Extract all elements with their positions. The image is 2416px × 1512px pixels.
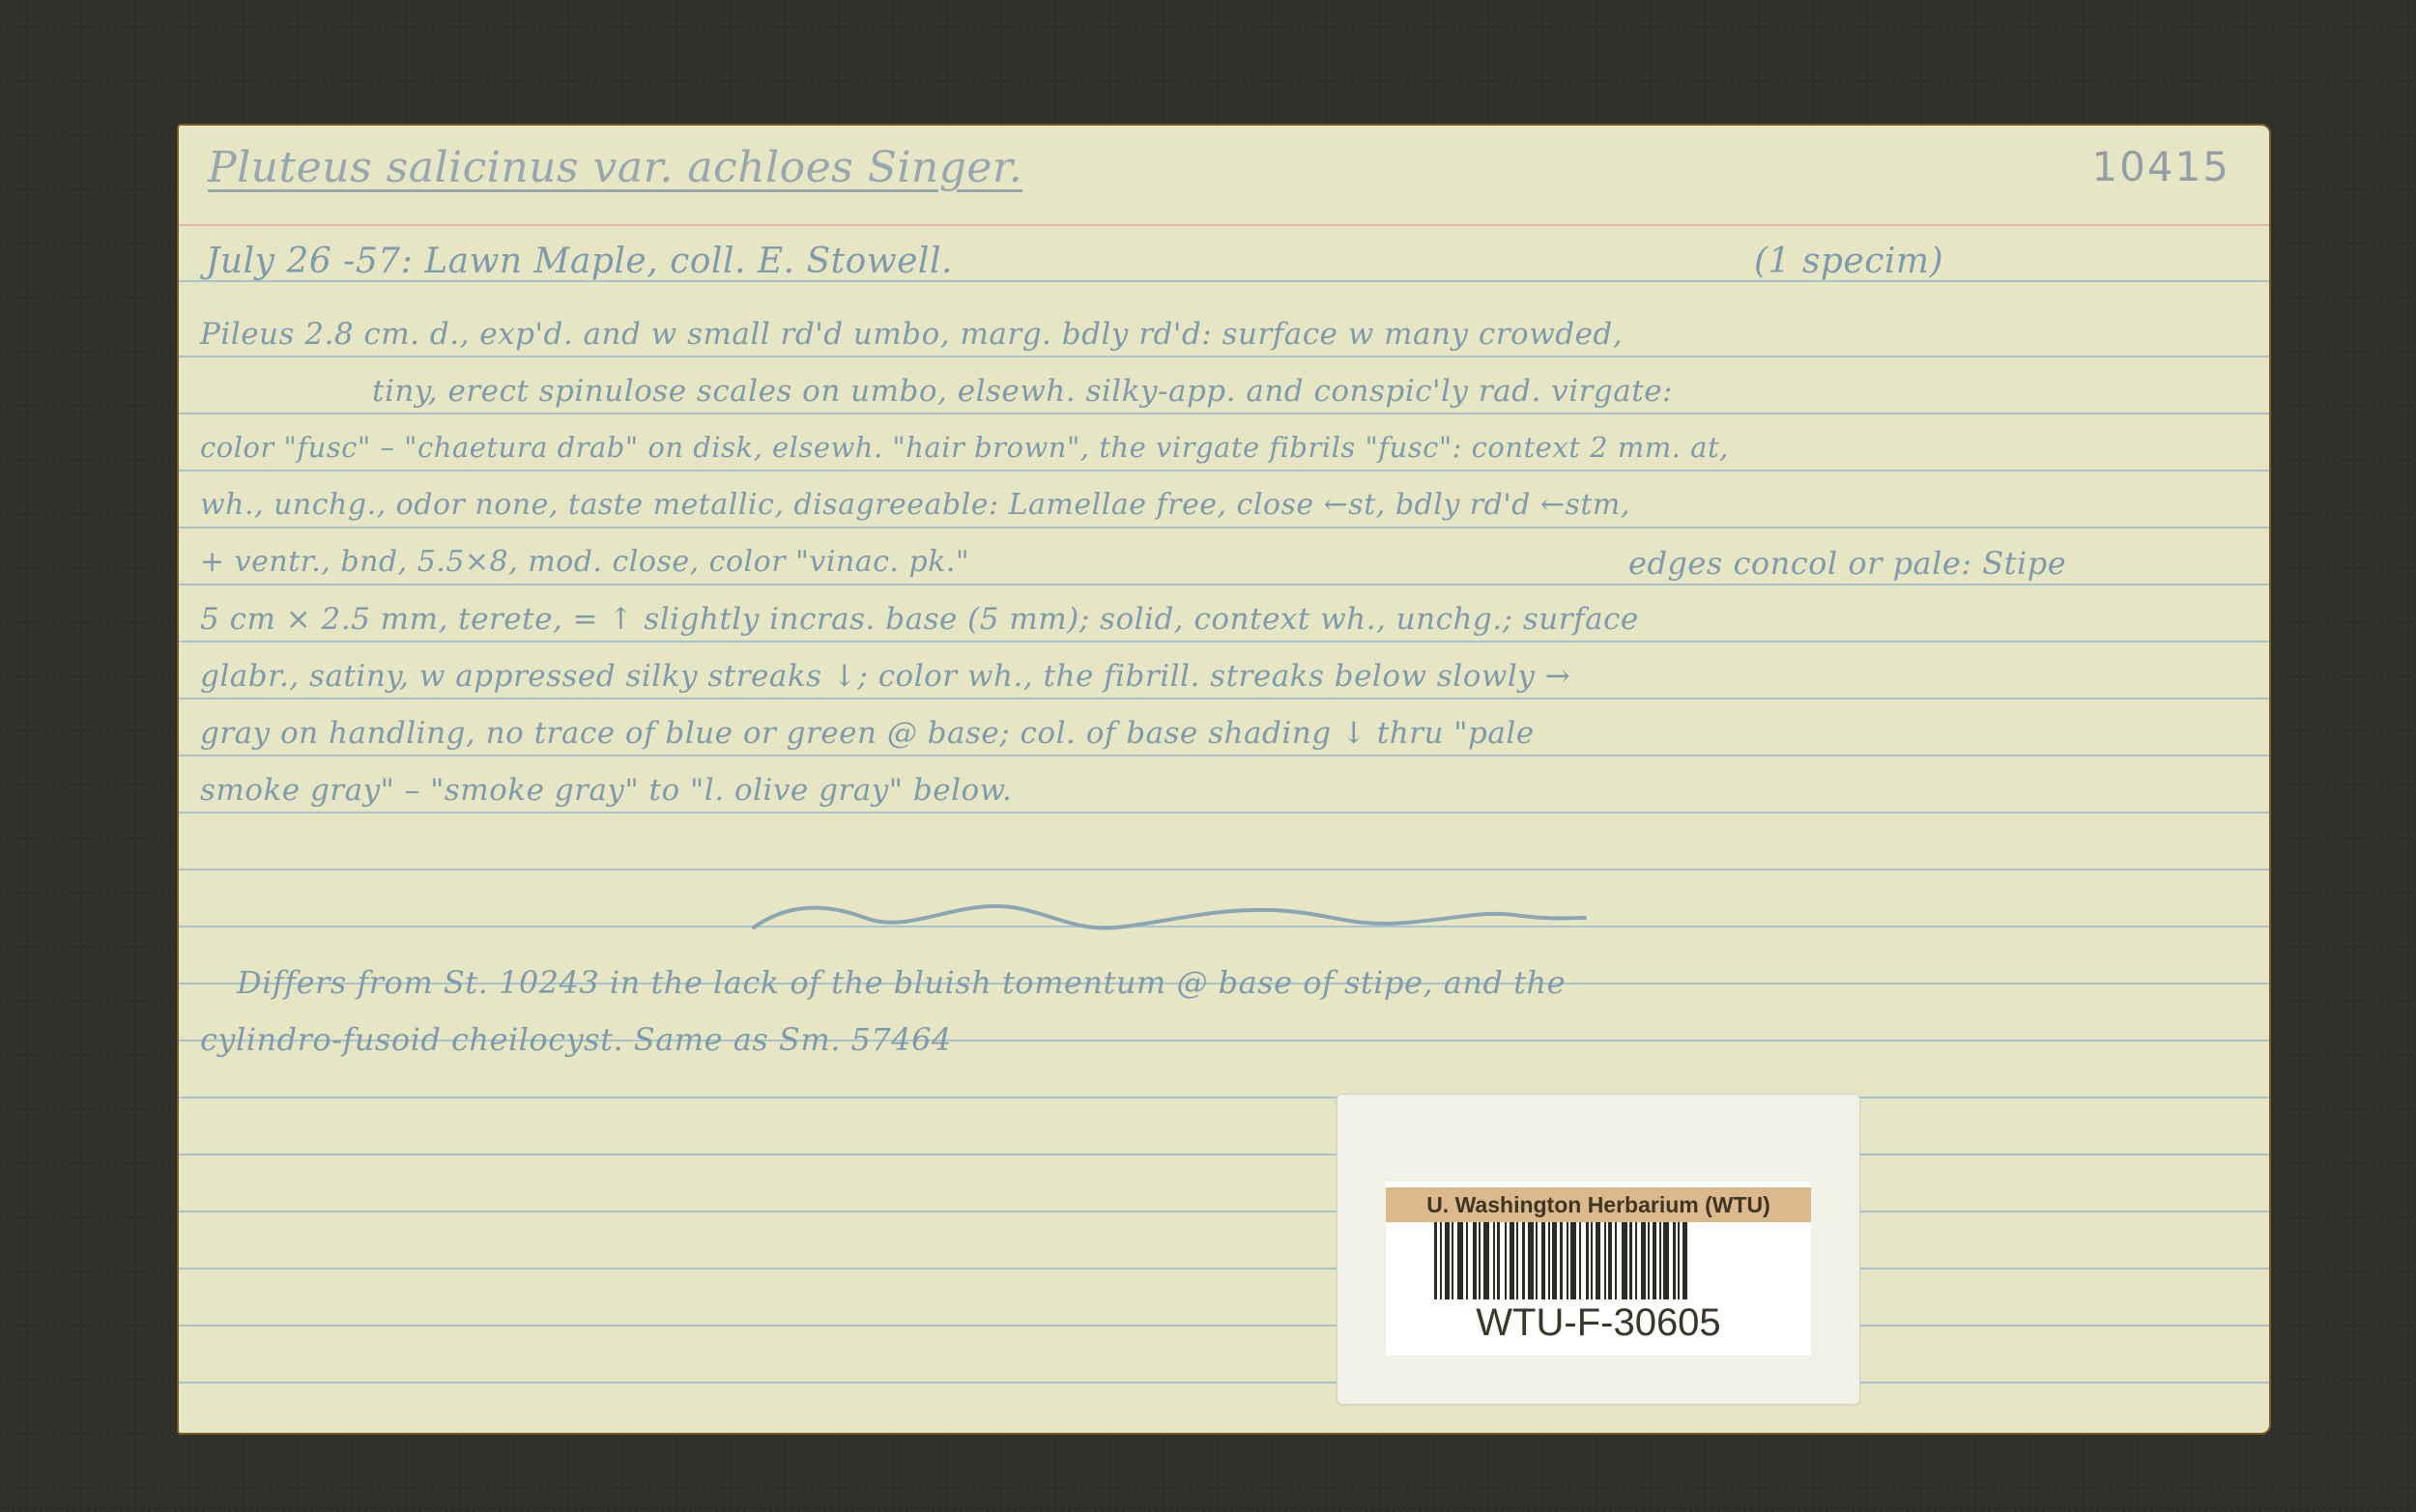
rule-line [179, 869, 2269, 870]
rule-line [179, 1325, 2269, 1327]
catalog-number: 10415 [2091, 143, 2230, 190]
rule-line [179, 1211, 2269, 1212]
rule-line [179, 470, 2269, 471]
description-line: gray on handling, no trace of blue or gr… [200, 716, 1535, 751]
rule-line [179, 527, 2269, 528]
rule-line [179, 1097, 2269, 1098]
description-line: edges concol or pale: Stipe [1628, 545, 2066, 582]
rule-line [179, 755, 2269, 756]
description-line: Pileus 2.8 cm. d., exp'd. and w small rd… [200, 317, 1623, 352]
rule-line [179, 1268, 2269, 1270]
rule-line [179, 1382, 2269, 1384]
description-line: tiny, erect spinulose scales on umbo, el… [372, 374, 1673, 409]
header-rule-red [179, 224, 2269, 226]
description-line: wh., unchg., odor none, taste metallic, … [200, 488, 1630, 522]
collection-line: July 26 -57: Lawn Maple, coll. E. Stowel… [206, 242, 953, 281]
description-line: glabr., satiny, w appressed silky streak… [200, 659, 1570, 694]
rule-line [179, 698, 2269, 699]
comparison-note: Differs from St. 10243 in the lack of th… [237, 964, 1566, 1001]
barcode-label: U. Washington Herbarium (WTU) WTU-F-3060… [1386, 1182, 1811, 1355]
rule-line [179, 356, 2269, 357]
description-line: color "fusc" – "chaetura drab" on disk, … [200, 431, 1729, 464]
rule-line [179, 413, 2269, 414]
description-line: 5 cm × 2.5 mm, terete, = ↑ slightly incr… [200, 602, 1639, 637]
label-backing-paper: U. Washington Herbarium (WTU) WTU-F-3060… [1337, 1094, 1860, 1405]
specimen-count: (1 specim) [1754, 242, 1943, 281]
barcode [1434, 1222, 1763, 1299]
wavy-divider [749, 899, 1590, 937]
comparison-note: cylindro-fusoid cheilocyst. Same as Sm. … [200, 1021, 952, 1058]
rule-line [179, 1154, 2269, 1155]
index-card: Pluteus salicinus var. achloes Singer. 1… [177, 124, 2271, 1435]
rule-line [179, 584, 2269, 585]
rule-line [179, 641, 2269, 642]
institution-name: U. Washington Herbarium (WTU) [1386, 1187, 1811, 1222]
taxon-name: Pluteus salicinus var. achloes Singer. [208, 143, 1022, 192]
description-line: smoke gray" – "smoke gray" to "l. olive … [200, 773, 1012, 808]
description-line: + ventr., bnd, 5.5×8, mod. close, color … [200, 545, 969, 579]
specimen-id: WTU-F-30605 [1386, 1299, 1811, 1346]
rule-line [179, 812, 2269, 813]
